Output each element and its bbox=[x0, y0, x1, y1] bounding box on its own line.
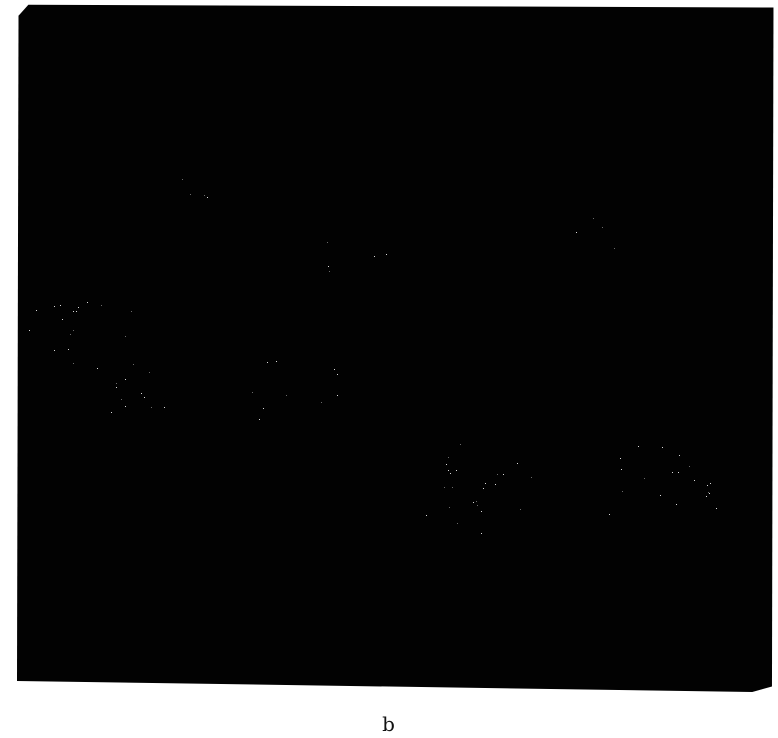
speckle bbox=[121, 399, 122, 400]
speckle bbox=[386, 254, 387, 255]
speckle bbox=[707, 485, 708, 486]
speckle bbox=[706, 496, 707, 497]
speckle bbox=[204, 195, 205, 196]
speckle bbox=[456, 470, 457, 471]
speckle bbox=[602, 227, 603, 228]
speckle bbox=[457, 523, 458, 524]
speckle bbox=[426, 515, 427, 516]
speckle bbox=[481, 511, 482, 512]
speckle bbox=[286, 395, 287, 396]
speckle bbox=[267, 362, 268, 363]
speckle bbox=[337, 374, 338, 375]
speckle bbox=[207, 197, 208, 198]
speckle bbox=[503, 474, 504, 475]
speckle bbox=[73, 311, 74, 312]
speckle bbox=[190, 194, 191, 195]
speckle bbox=[660, 495, 661, 496]
speckle bbox=[576, 232, 577, 233]
speckle bbox=[73, 363, 74, 364]
speckle bbox=[620, 458, 621, 459]
speckle bbox=[678, 472, 679, 473]
speckle bbox=[164, 407, 165, 408]
speckle bbox=[133, 364, 134, 365]
speckle bbox=[460, 444, 461, 445]
speckle bbox=[54, 350, 55, 351]
speckle bbox=[259, 419, 260, 420]
speckle bbox=[327, 242, 328, 243]
speckle bbox=[54, 306, 55, 307]
speckle bbox=[328, 266, 329, 267]
speckle bbox=[448, 470, 449, 471]
speckle bbox=[476, 501, 477, 502]
speckle bbox=[334, 369, 335, 370]
speckle bbox=[621, 469, 622, 470]
speckle bbox=[448, 457, 449, 458]
speckle bbox=[672, 472, 673, 473]
speckle bbox=[252, 392, 253, 393]
speckle bbox=[676, 504, 677, 505]
speckle bbox=[694, 480, 695, 481]
speckle bbox=[450, 473, 451, 474]
speckle bbox=[710, 483, 711, 484]
speckle bbox=[662, 447, 663, 448]
speckle bbox=[709, 493, 710, 494]
speckle bbox=[593, 218, 594, 219]
speckle bbox=[60, 305, 61, 306]
speckle bbox=[517, 463, 518, 464]
speckle bbox=[716, 508, 717, 509]
speckle bbox=[531, 477, 532, 478]
speckle bbox=[116, 387, 117, 388]
speckle bbox=[73, 330, 74, 331]
speckle bbox=[614, 248, 615, 249]
speckle bbox=[679, 455, 680, 456]
speckle bbox=[76, 311, 77, 312]
speckle bbox=[321, 402, 322, 403]
speckle bbox=[485, 483, 486, 484]
speckle bbox=[337, 395, 338, 396]
speckle bbox=[97, 368, 98, 369]
speckle bbox=[70, 334, 71, 335]
speckle bbox=[689, 466, 690, 467]
speckle bbox=[446, 464, 447, 465]
speckle bbox=[125, 336, 126, 337]
speckle bbox=[36, 310, 37, 311]
speckle bbox=[29, 330, 30, 331]
speckle bbox=[78, 307, 79, 308]
speckle bbox=[101, 305, 102, 306]
speckle bbox=[263, 408, 264, 409]
speckle bbox=[125, 379, 126, 380]
speckle bbox=[87, 302, 88, 303]
speckle bbox=[497, 474, 498, 475]
speckle bbox=[622, 491, 623, 492]
speckle bbox=[116, 383, 117, 384]
speckle bbox=[68, 349, 69, 350]
speckle bbox=[449, 507, 450, 508]
speckle bbox=[477, 505, 478, 506]
speckle bbox=[520, 509, 521, 510]
speckle bbox=[473, 502, 474, 503]
figure-image-panel bbox=[17, 2, 775, 692]
speckle bbox=[609, 514, 610, 515]
speckle bbox=[149, 372, 150, 373]
speckle bbox=[144, 397, 145, 398]
speckle bbox=[483, 488, 484, 489]
speckle bbox=[444, 487, 445, 488]
speckle bbox=[374, 256, 375, 257]
speckle bbox=[111, 412, 112, 413]
speckle bbox=[644, 478, 645, 479]
figure-caption: b bbox=[0, 712, 778, 736]
speckle bbox=[481, 533, 482, 534]
speckle bbox=[638, 446, 639, 447]
speckle bbox=[276, 361, 277, 362]
speckle bbox=[131, 311, 132, 312]
speckle bbox=[141, 393, 142, 394]
speckle bbox=[329, 271, 330, 272]
speckle bbox=[125, 406, 126, 407]
speckle bbox=[62, 319, 63, 320]
speckle bbox=[452, 487, 453, 488]
speckle bbox=[182, 179, 183, 180]
speckle bbox=[151, 407, 152, 408]
speckle bbox=[495, 484, 496, 485]
